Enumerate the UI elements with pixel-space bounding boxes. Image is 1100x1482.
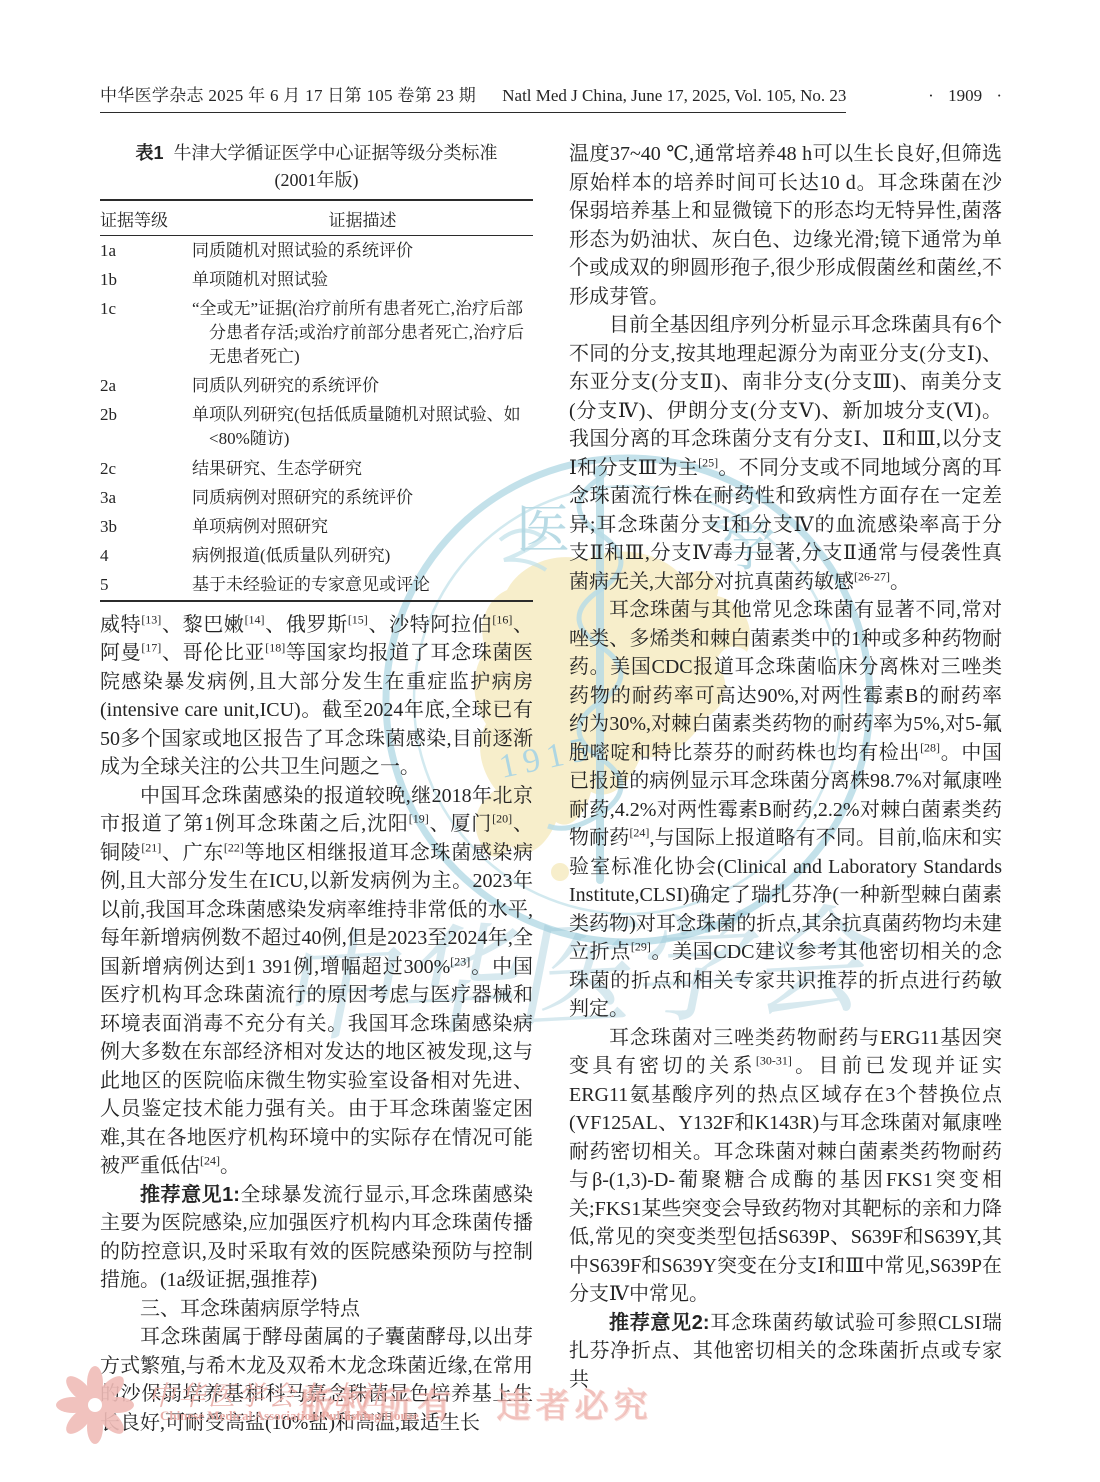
evidence-description-cell: 病例报道(低质量队列研究) [192, 542, 533, 571]
copyright-watermark: 版权所有 违者必究 [300, 1378, 652, 1427]
two-column-body: 表1牛津大学循证医学中心证据等级分类标准 (2001年版) 证据等级 证据描述 … [100, 140, 1002, 1437]
right-column-text: 温度37~40 ℃,通常培养48 h可以生长良好,但筛选原始样本的培养时间可长达… [569, 140, 1002, 1394]
content-layer: 中华医学杂志 2025 年 6 月 17 日第 105 卷第 23 期 Natl… [0, 0, 1100, 1482]
reference-superscript: [13] [141, 612, 161, 626]
paragraph: 温度37~40 ℃,通常培养48 h可以生长良好,但筛选原始样本的培养时间可长达… [569, 140, 1002, 311]
right-column: 温度37~40 ℃,通常培养48 h可以生长良好,但筛选原始样本的培养时间可长达… [569, 140, 1002, 1437]
reference-superscript: [21] [141, 840, 161, 854]
reference-superscript: [29] [631, 939, 651, 953]
table-row: 2a同质队列研究的系统评价 [100, 372, 533, 401]
table1-subtitle: (2001年版) [100, 167, 533, 194]
table-row: 2b单项队列研究(包括低质量随机对照试验、如<80%随访) [100, 401, 533, 454]
reference-superscript: [25] [698, 455, 718, 469]
evidence-description-cell: “全或无”证据(治疗前所有患者死亡,治疗后部分患者存活;或治疗前部分患者死亡,治… [192, 294, 533, 371]
section-heading: 三、耳念珠菌病原学特点 [100, 1295, 533, 1324]
reference-superscript: [30-31] [756, 1053, 792, 1067]
evidence-description-cell: 单项病例对照研究 [192, 512, 533, 541]
evidence-description-cell: 单项队列研究(包括低质量随机对照试验、如<80%随访) [192, 401, 533, 454]
journal-title-cn: 中华医学杂志 2025 年 6 月 17 日第 105 卷第 23 期 [100, 86, 476, 105]
col-header-grade: 证据等级 [100, 200, 192, 236]
paragraph: 目前全基因组序列分析显示耳念珠菌具有6个不同的分支,按其地理起源分为南亚分支(分… [569, 311, 1002, 596]
reference-superscript: [26-27] [854, 569, 890, 583]
reference-superscript: [14] [245, 612, 265, 626]
recommendation-paragraph: 推荐意见1:全球暴发流行显示,耳念珠菌感染主要为医院感染,应加强医疗机构内耳念珠… [100, 1181, 533, 1295]
table-row: 3b单项病例对照研究 [100, 512, 533, 541]
paragraph: 耳念珠菌与其他常见念珠菌有显著不同,常对唑类、多烯类和棘白菌素类中的1种或多种药… [569, 596, 1002, 1024]
table-row: 5基于未经验证的专家意见或评论 [100, 571, 533, 601]
col-header-description: 证据描述 [192, 200, 533, 236]
evidence-table: 证据等级 证据描述 1a同质随机对照试验的系统评价1b单项随机对照试验1c“全或… [100, 199, 533, 602]
reference-superscript: [23] [450, 954, 470, 968]
evidence-grade-cell: 2a [100, 372, 192, 401]
left-column: 表1牛津大学循证医学中心证据等级分类标准 (2001年版) 证据等级 证据描述 … [100, 140, 533, 1437]
evidence-description-cell: 基于未经验证的专家意见或评论 [192, 571, 533, 601]
reference-superscript: [19] [409, 812, 429, 826]
recommendation-lead: 推荐意见1: [140, 1184, 240, 1206]
evidence-description-cell: 结果研究、生态学研究 [192, 454, 533, 483]
reference-superscript: [22] [224, 840, 244, 854]
journal-header-rule: 中华医学杂志 2025 年 6 月 17 日第 105 卷第 23 期 Natl… [100, 86, 846, 113]
paragraph: 威特[13]、黎巴嫩[14]、俄罗斯[15]、沙特阿拉伯[16]、阿曼[17]、… [100, 611, 533, 782]
evidence-grade-cell: 2c [100, 454, 192, 483]
evidence-grade-cell: 5 [100, 571, 192, 601]
reference-superscript: [18] [265, 641, 285, 655]
reference-superscript: [15] [348, 612, 368, 626]
recommendation-lead: 推荐意见2: [609, 1312, 710, 1334]
evidence-description-cell: 单项随机对照试验 [192, 265, 533, 294]
journal-header: 中华医学杂志 2025 年 6 月 17 日第 105 卷第 23 期 Natl… [100, 86, 1002, 113]
table1-block: 表1牛津大学循证医学中心证据等级分类标准 (2001年版) 证据等级 证据描述 … [100, 140, 533, 602]
evidence-description-cell: 同质病例对照研究的系统评价 [192, 483, 533, 512]
page-number: · 1909 · [928, 86, 1002, 106]
paragraph: 中国耳念珠菌感染的报道较晚,继2018年北京市报道了第1例耳念珠菌之后,沈阳[1… [100, 782, 533, 1181]
evidence-grade-cell: 4 [100, 542, 192, 571]
table-row: 2c结果研究、生态学研究 [100, 454, 533, 483]
evidence-grade-cell: 2b [100, 401, 192, 454]
table-row: 1c“全或无”证据(治疗前所有患者死亡,治疗后部分患者存活;或治疗前部分患者死亡… [100, 294, 533, 371]
reference-superscript: [24] [200, 1154, 220, 1168]
table-row: 4病例报道(低质量队列研究) [100, 542, 533, 571]
evidence-description-cell: 同质队列研究的系统评价 [192, 372, 533, 401]
left-column-text: 威特[13]、黎巴嫩[14]、俄罗斯[15]、沙特阿拉伯[16]、阿曼[17]、… [100, 611, 533, 1438]
evidence-table-body: 1a同质随机对照试验的系统评价1b单项随机对照试验1c“全或无”证据(治疗前所有… [100, 236, 533, 601]
paragraph: 耳念珠菌对三唑类药物耐药与ERG11基因突变具有密切的关系[30-31]。目前已… [569, 1024, 1002, 1309]
reference-superscript: [28] [920, 740, 940, 754]
table1-label: 表1 [135, 143, 163, 163]
publisher-logo-flower-icon [52, 1362, 138, 1448]
reference-superscript: [16] [492, 612, 512, 626]
evidence-grade-cell: 3b [100, 512, 192, 541]
reference-superscript: [24] [629, 825, 649, 839]
table-row: 3a同质病例对照研究的系统评价 [100, 483, 533, 512]
journal-page: 医 学 1915 中华医学会 中华医学杂志 2025 年 6 月 17 日第 1… [0, 0, 1100, 1482]
table-row: 1b单项随机对照试验 [100, 265, 533, 294]
evidence-grade-cell: 1a [100, 236, 192, 266]
table1-title: 牛津大学循证医学中心证据等级分类标准 [174, 143, 498, 163]
reference-superscript: [17] [141, 641, 161, 655]
evidence-grade-cell: 1c [100, 294, 192, 371]
table1-caption: 表1牛津大学循证医学中心证据等级分类标准 [100, 140, 533, 167]
evidence-description-cell: 同质随机对照试验的系统评价 [192, 236, 533, 266]
evidence-grade-cell: 3a [100, 483, 192, 512]
reference-superscript: [20] [492, 812, 512, 826]
table-row: 1a同质随机对照试验的系统评价 [100, 236, 533, 266]
evidence-grade-cell: 1b [100, 265, 192, 294]
evidence-table-header: 证据等级 证据描述 [100, 200, 533, 236]
journal-title-en: Natl Med J China, June 17, 2025, Vol. 10… [502, 86, 846, 105]
